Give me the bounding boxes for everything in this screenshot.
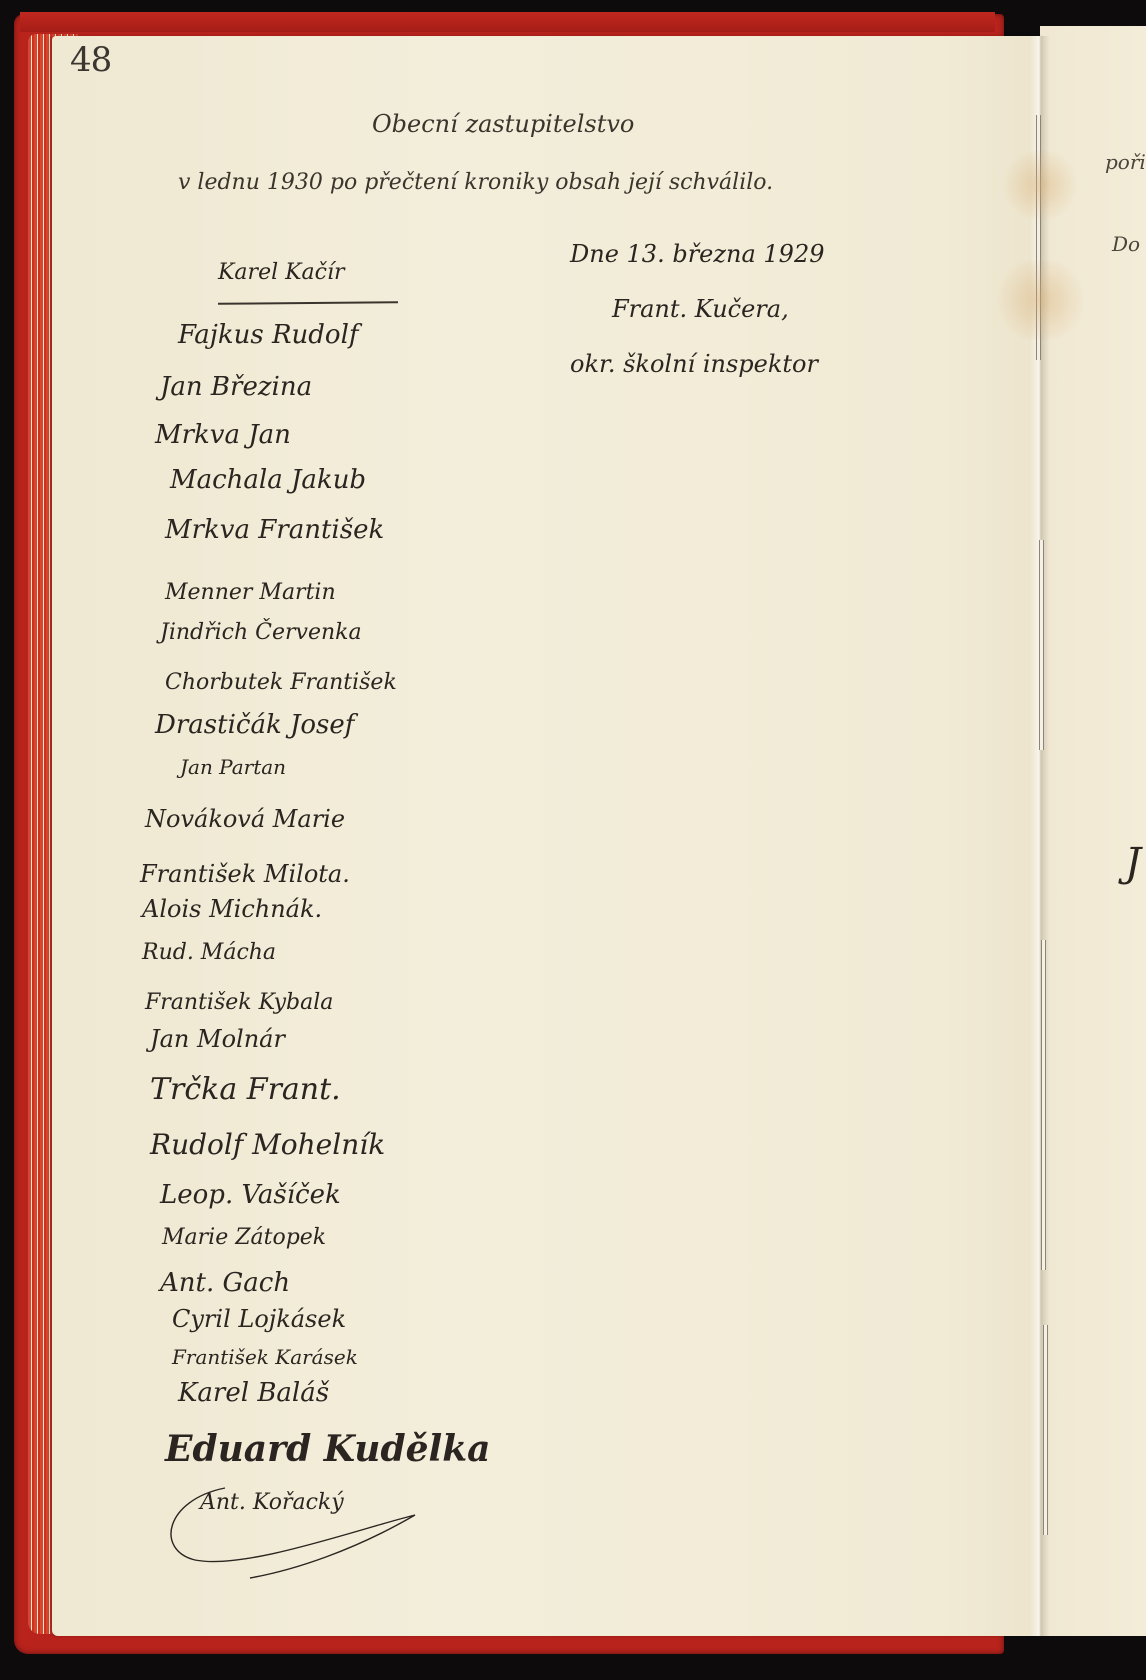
heading-title: Obecní zastupitelstvo — [372, 110, 634, 138]
facing-page-fragment: Do — [1112, 232, 1140, 256]
cover-top-edge — [20, 12, 995, 32]
signature: František Kybala — [145, 990, 333, 1015]
signature: Trčka Frant. — [150, 1072, 341, 1107]
signature: Jan Molnár — [150, 1025, 285, 1053]
signature: František Karásek — [172, 1345, 358, 1369]
signature: Karel Kačír — [218, 260, 345, 285]
binding-stitch — [1041, 940, 1046, 1270]
inspector-date: Dne 13. března 1929 — [570, 240, 824, 268]
signature: Rudolf Mohelník — [150, 1128, 385, 1161]
inspector-role: okr. školní inspektor — [570, 350, 818, 378]
signature: Eduard Kudělka — [165, 1428, 490, 1470]
foxing-stain — [990, 260, 1090, 340]
signature: Rud. Mácha — [142, 940, 276, 965]
inspector-name: Frant. Kučera, — [612, 295, 789, 323]
signature: Jan Partan — [180, 755, 286, 779]
signature: Drastičák Josef — [155, 710, 354, 740]
signature: Marie Zátopek — [162, 1225, 326, 1250]
binding-stitch — [1043, 1325, 1048, 1535]
signature-flourish — [155, 1470, 435, 1580]
signature: František Milota. — [140, 860, 350, 888]
signature: Karel Baláš — [178, 1378, 329, 1408]
signature: Mrkva František — [165, 515, 384, 545]
signature: Ant. Gach — [160, 1268, 290, 1298]
signature: Chorbutek František — [165, 670, 397, 695]
foxing-stain — [1000, 150, 1080, 220]
signature: Fajkus Rudolf — [178, 320, 359, 350]
signature: Alois Michnák. — [142, 895, 322, 923]
facing-page-fragment: J — [1125, 840, 1141, 886]
signature: Leop. Vašíček — [160, 1180, 341, 1210]
signature: Jan Březina — [160, 372, 312, 402]
facing-page-fragment: poři — [1105, 150, 1146, 174]
signature: Mrkva Jan — [155, 420, 291, 450]
signature: Nováková Marie — [145, 805, 345, 833]
page-number: 48 — [70, 40, 111, 80]
binding-stitch — [1039, 540, 1044, 750]
signature: Cyril Lojkásek — [172, 1305, 346, 1333]
heading-subtitle: v lednu 1930 po přečtení kroniky obsah j… — [178, 170, 773, 195]
signature: Menner Martin — [165, 580, 336, 605]
signature: Machala Jakub — [170, 465, 366, 495]
signature: Jindřich Červenka — [160, 620, 362, 645]
